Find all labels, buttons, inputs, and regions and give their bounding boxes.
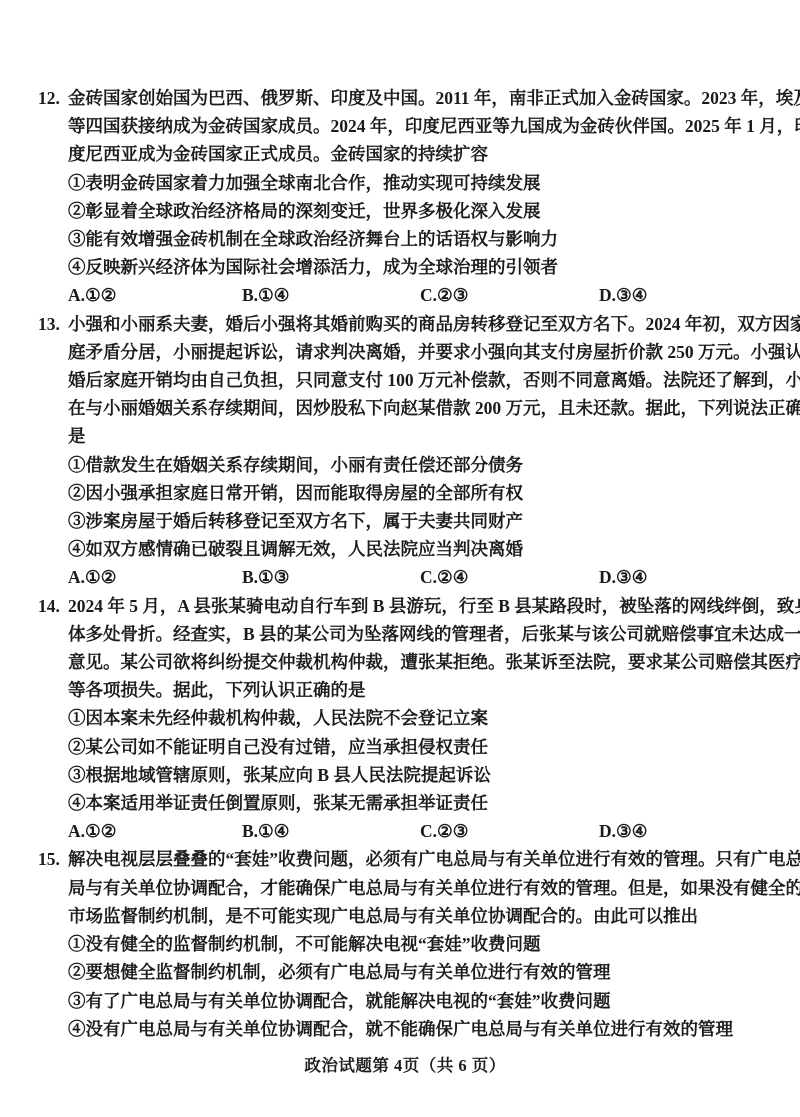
stem-line: 庭矛盾分居，小丽提起诉讼，请求判决离婚，并要求小强向其支付房屋折价款 250 万… xyxy=(68,338,772,366)
stem-line: 在与小丽婚姻关系存续期间，因炒股私下向赵某借款 200 万元，且未还款。据此，下… xyxy=(68,394,772,422)
answer-choice: A.①② xyxy=(68,281,116,309)
answer-choice: D.③④ xyxy=(599,281,647,309)
answer-choice: B.①④ xyxy=(242,817,289,845)
stem-line: 度尼西亚成为金砖国家正式成员。金砖国家的持续扩容 xyxy=(68,140,772,168)
numbered-statement: ④本案适用举证责任倒置原则，张某无需承担举证责任 xyxy=(68,789,772,817)
numbered-statement: ④反映新兴经济体为国际社会增添活力，成为全球治理的引领者 xyxy=(68,253,772,281)
question-number: 14. xyxy=(38,592,68,620)
numbered-statement: ①借款发生在婚姻关系存续期间，小丽有责任偿还部分债务 xyxy=(68,451,772,479)
answer-choice: C.②④ xyxy=(420,563,468,591)
stem-line: 解决电视层层叠叠的“套娃”收费问题，必须有广电总局与有关单位进行有效的管理。只有… xyxy=(68,845,800,873)
numbered-statement: ①表明金砖国家着力加强全球南北合作，推动实现可持续发展 xyxy=(68,169,772,197)
numbered-statement: ①因本案未先经仲裁机构仲裁，人民法院不会登记立案 xyxy=(68,704,772,732)
answer-choices-row: A.①②B.①④C.②③D.③④ xyxy=(68,817,772,845)
question: 14.2024 年 5 月，A 县张某骑电动自行车到 B 县游玩，行至 B 县某… xyxy=(38,592,772,846)
numbered-statement: ②因小强承担家庭日常开销，因而能取得房屋的全部所有权 xyxy=(68,479,772,507)
numbered-statement: ③能有效增强金砖机制在全球政治经济舞台上的话语权与影响力 xyxy=(68,225,772,253)
exam-page: 12.金砖国家创始国为巴西、俄罗斯、印度及中国。2011 年，南非正式加入金砖国… xyxy=(0,0,800,1117)
answer-choice: C.②③ xyxy=(420,817,468,845)
numbered-statement: ③有了广电总局与有关单位协调配合，就能解决电视的“套娃”收费问题 xyxy=(68,987,772,1015)
answer-choices-row: A.①②B.①④C.②③D.③④ xyxy=(68,281,772,309)
question-stem-first-line: 12.金砖国家创始国为巴西、俄罗斯、印度及中国。2011 年，南非正式加入金砖国… xyxy=(38,84,772,112)
stem-line: 意见。某公司欲将纠纷提交仲裁机构仲裁，遭张某拒绝。张某诉至法院，要求某公司赔偿其… xyxy=(68,648,772,676)
question-number: 15. xyxy=(38,845,68,873)
numbered-statement: ②某公司如不能证明自己没有过错，应当承担侵权责任 xyxy=(68,733,772,761)
stem-line: 婚后家庭开销均由自己负担，只同意支付 100 万元补偿款，否则不同意离婚。法院还… xyxy=(68,366,772,394)
answer-choice: B.①④ xyxy=(242,281,289,309)
answer-choice: D.③④ xyxy=(599,563,647,591)
numbered-statement: ④没有广电总局与有关单位协调配合，就不能确保广电总局与有关单位进行有效的管理 xyxy=(68,1015,772,1043)
stem-line: 是 xyxy=(68,422,772,450)
numbered-statement: ①没有健全的监督制约机制，不可能解决电视“套娃”收费问题 xyxy=(68,930,772,958)
page-footer: 政治试题第 4页（共 6 页） xyxy=(38,1052,772,1080)
stem-line: 2024 年 5 月，A 县张某骑电动自行车到 B 县游玩，行至 B 县某路段时… xyxy=(68,592,800,620)
stem-line: 市场监督制约机制，是不可能实现广电总局与有关单位协调配合的。由此可以推出 xyxy=(68,902,772,930)
answer-choice: B.①③ xyxy=(242,563,289,591)
answer-choice: D.③④ xyxy=(599,817,647,845)
question: 15.解决电视层层叠叠的“套娃”收费问题，必须有广电总局与有关单位进行有效的管理… xyxy=(38,845,772,1042)
question: 12.金砖国家创始国为巴西、俄罗斯、印度及中国。2011 年，南非正式加入金砖国… xyxy=(38,84,772,310)
stem-line: 局与有关单位协调配合，才能确保广电总局与有关单位进行有效的管理。但是，如果没有健… xyxy=(68,874,772,902)
stem-line: 金砖国家创始国为巴西、俄罗斯、印度及中国。2011 年，南非正式加入金砖国家。2… xyxy=(68,84,800,112)
answer-choice: A.①② xyxy=(68,563,116,591)
numbered-statement: ③根据地域管辖原则，张某应向 B 县人民法院提起诉讼 xyxy=(68,761,772,789)
numbered-statement: ④如双方感情确已破裂且调解无效，人民法院应当判决离婚 xyxy=(68,535,772,563)
question: 13.小强和小丽系夫妻，婚后小强将其婚前购买的商品房转移登记至双方名下。2024… xyxy=(38,310,772,592)
stem-line: 体多处骨折。经查实，B 县的某公司为坠落网线的管理者，后张某与该公司就赔偿事宜未… xyxy=(68,620,772,648)
question-number: 12. xyxy=(38,84,68,112)
numbered-statement: ②彰显着全球政治经济格局的深刻变迁，世界多极化深入发展 xyxy=(68,197,772,225)
question-stem-first-line: 15.解决电视层层叠叠的“套娃”收费问题，必须有广电总局与有关单位进行有效的管理… xyxy=(38,845,772,873)
numbered-statement: ②要想健全监督制约机制，必须有广电总局与有关单位进行有效的管理 xyxy=(68,958,772,986)
question-stem-first-line: 14.2024 年 5 月，A 县张某骑电动自行车到 B 县游玩，行至 B 县某… xyxy=(38,592,772,620)
answer-choices-row: A.①②B.①③C.②④D.③④ xyxy=(68,563,772,591)
stem-line: 等各项损失。据此，下列认识正确的是 xyxy=(68,676,772,704)
question-stem-first-line: 13.小强和小丽系夫妻，婚后小强将其婚前购买的商品房转移登记至双方名下。2024… xyxy=(38,310,772,338)
numbered-statement: ③涉案房屋于婚后转移登记至双方名下，属于夫妻共同财产 xyxy=(68,507,772,535)
answer-choice: A.①② xyxy=(68,817,116,845)
answer-choice: C.②③ xyxy=(420,281,468,309)
question-list: 12.金砖国家创始国为巴西、俄罗斯、印度及中国。2011 年，南非正式加入金砖国… xyxy=(38,84,772,1043)
stem-line: 等四国获接纳成为金砖国家成员。2024 年，印度尼西亚等九国成为金砖伙伴国。20… xyxy=(68,112,772,140)
question-number: 13. xyxy=(38,310,68,338)
stem-line: 小强和小丽系夫妻，婚后小强将其婚前购买的商品房转移登记至双方名下。2024 年初… xyxy=(68,310,800,338)
